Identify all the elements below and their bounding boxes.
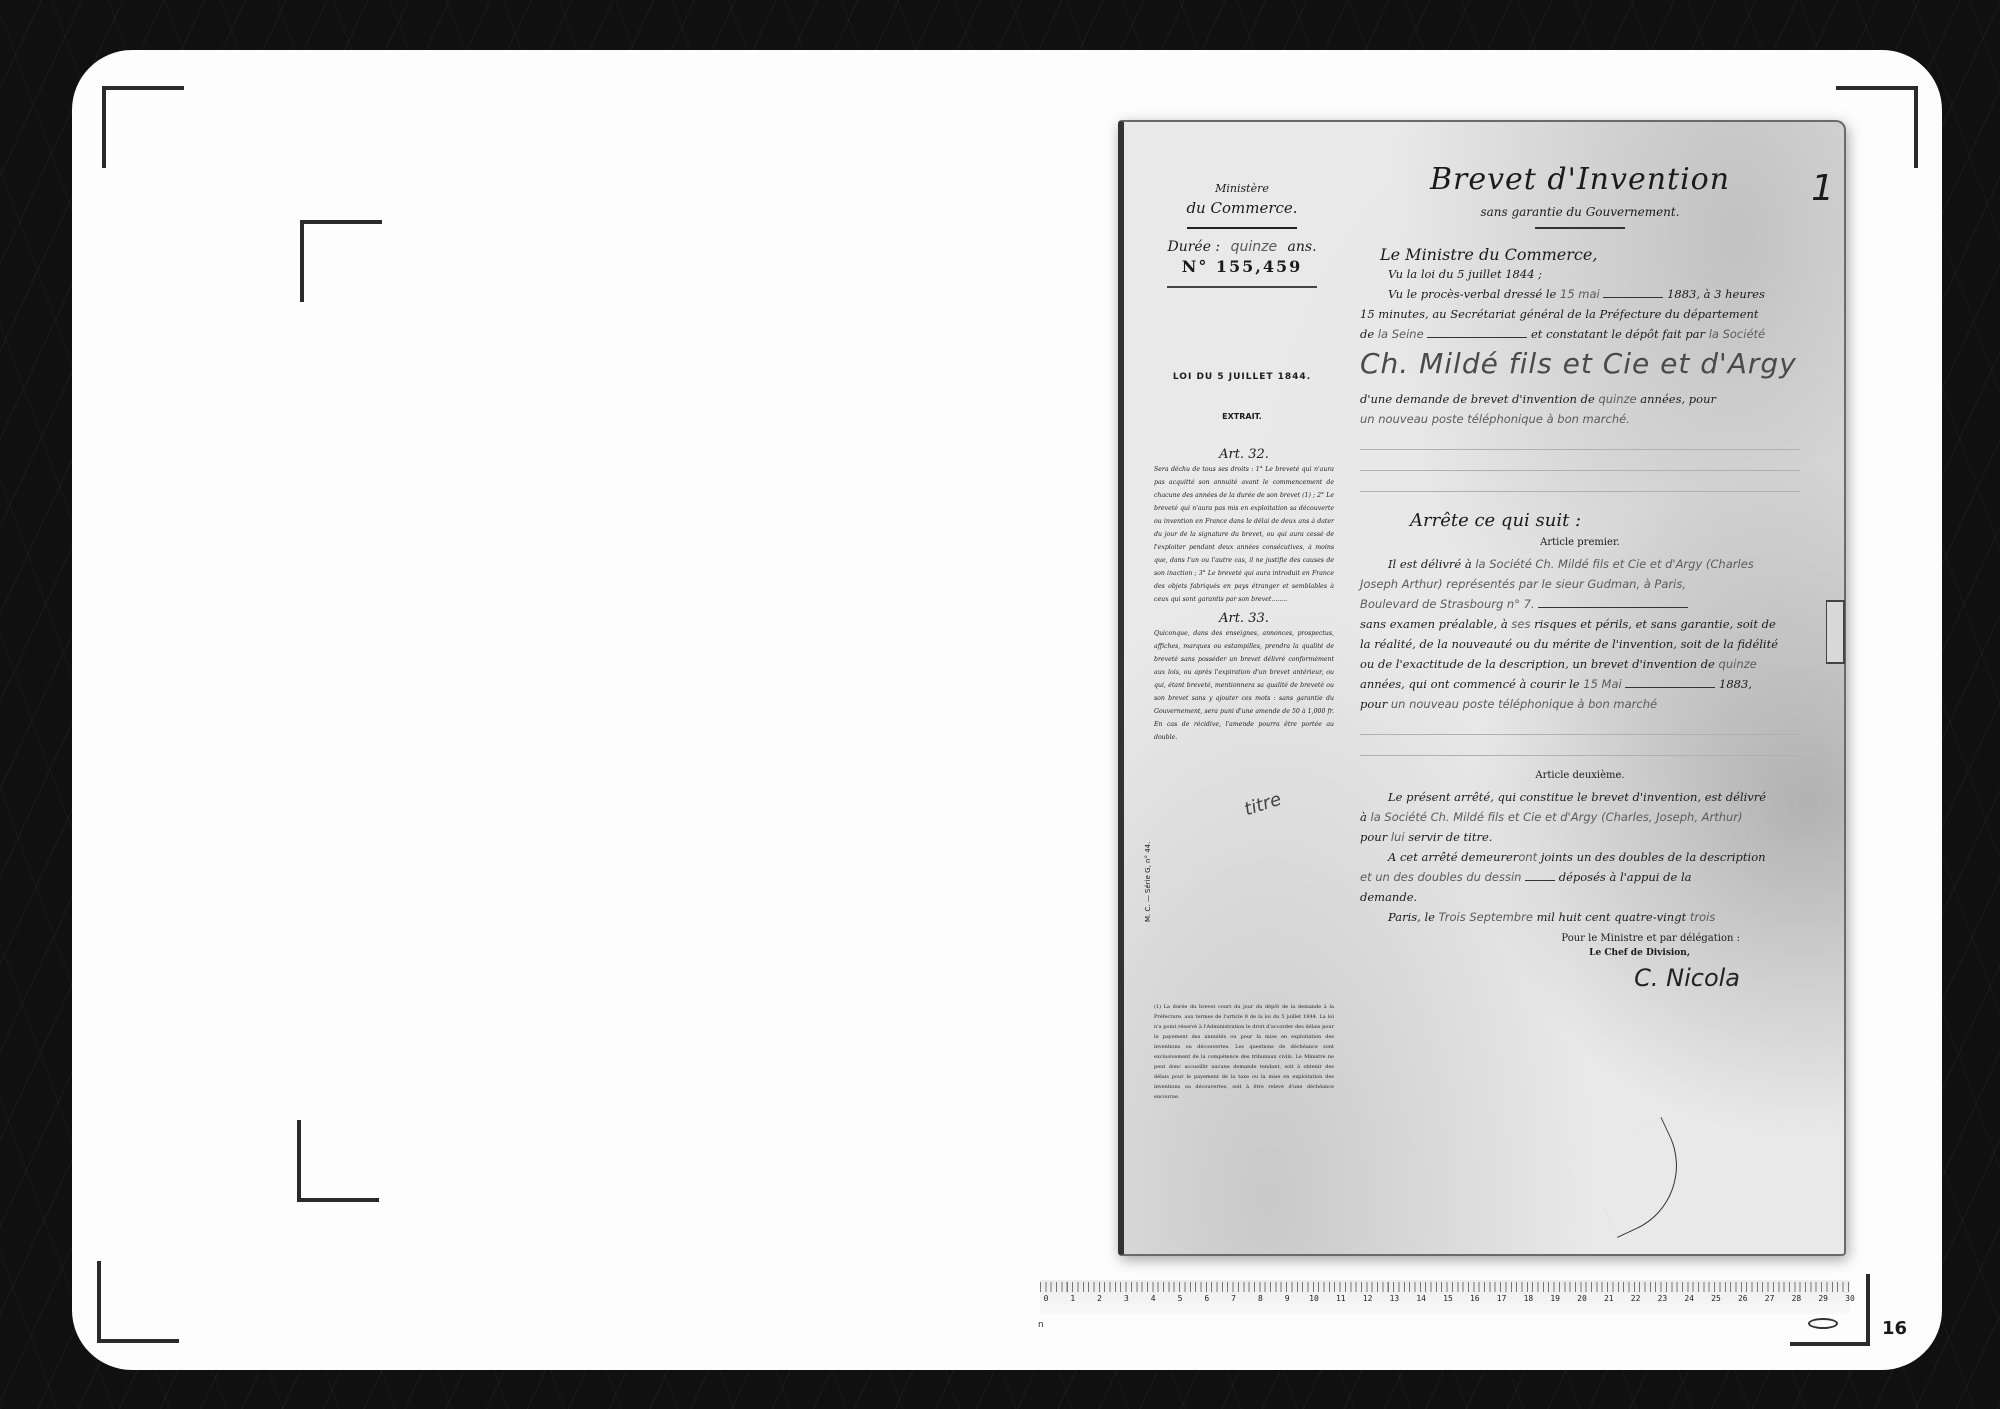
departement-value: la Seine — [1378, 327, 1424, 341]
ministry-label: Ministère — [1142, 182, 1342, 195]
ruler-label: 26 — [1738, 1294, 1748, 1303]
patent-body: Brevet d'Invention 1 sans garantie du Go… — [1360, 162, 1800, 992]
header-rule — [1167, 286, 1317, 288]
document-title: Brevet d'Invention — [1360, 162, 1800, 197]
ruler-label: 6 — [1204, 1294, 1209, 1303]
date-day: Trois Septembre — [1439, 910, 1533, 924]
ruler-label: 15 — [1443, 1294, 1453, 1303]
ruler-label: 11 — [1336, 1294, 1346, 1303]
article-2-line1: Le présent arrêté, qui constitue le brev… — [1360, 787, 1800, 807]
ruled-line — [1360, 714, 1800, 735]
blank-line — [1427, 337, 1527, 338]
a1-risk-value: ses — [1511, 617, 1530, 631]
extract-label: EXTRAIT. — [1142, 412, 1342, 421]
invention-line: un nouveau poste téléphonique à bon marc… — [1360, 409, 1800, 429]
ruler-label: 10 — [1309, 1294, 1319, 1303]
a1-start-year: 1883, — [1719, 677, 1752, 691]
a2-joint-prefix: A cet arrêté demeurer — [1388, 850, 1518, 864]
duration-unit: ans. — [1288, 239, 1317, 255]
a1-representative: Joseph Arthur) représentés par le sieur … — [1360, 577, 1686, 591]
article-1-line1: Il est délivré à la Société Ch. Mildé fi… — [1360, 554, 1800, 574]
demande-suffix: années, pour — [1640, 392, 1716, 406]
a1-invention: un nouveau poste téléphonique à bon marc… — [1391, 697, 1657, 711]
ruler-label: 19 — [1550, 1294, 1560, 1303]
a1-start-date: 15 Mai — [1583, 677, 1621, 691]
pv-date: 15 mai — [1560, 287, 1600, 301]
a2-a: à — [1360, 810, 1367, 824]
pv-line2: 15 minutes, au Secrétariat général de la… — [1360, 304, 1800, 324]
vu-proces-verbal: Vu le procès-verbal dressé le 15 mai 188… — [1360, 284, 1800, 304]
invention-title: un nouveau poste téléphonique à bon marc… — [1360, 412, 1630, 426]
ruler-label: 14 — [1416, 1294, 1426, 1303]
ruler-label: 12 — [1363, 1294, 1373, 1303]
demande-duration: quinze — [1598, 392, 1636, 406]
patent-number-label: N° — [1182, 257, 1209, 276]
a1-risk-suffix: risques et périls, et sans garantie, soi… — [1534, 617, 1776, 631]
ruler-label: 5 — [1178, 1294, 1183, 1303]
article-2-line3: pour lui servir de titre. — [1360, 827, 1800, 847]
ruled-line — [1360, 735, 1800, 756]
crop-mark-top-left-inner — [300, 220, 382, 302]
a2-dessin: et un des doubles du dessin — [1360, 870, 1521, 884]
ruler-label: 8 — [1258, 1294, 1263, 1303]
a2-servir: servir de titre. — [1408, 830, 1492, 844]
blank-line — [1625, 687, 1715, 688]
ruler-label: 24 — [1684, 1294, 1694, 1303]
ruler-label: 9 — [1285, 1294, 1290, 1303]
duration-value: quinze — [1225, 239, 1283, 255]
ruled-line — [1360, 429, 1800, 450]
a1-address: Boulevard de Strasbourg n° 7. — [1360, 597, 1535, 611]
article-1-line3: Boulevard de Strasbourg n° 7. — [1360, 594, 1800, 614]
article-1-line4: sans examen préalable, à ses risques et … — [1360, 614, 1800, 634]
a2-joint-hw: ont — [1518, 850, 1537, 864]
ruler-ticks — [1040, 1282, 1850, 1292]
ruler-label: 29 — [1818, 1294, 1828, 1303]
company-line: Ch. Mildé fils et Cie et d'Argy — [1360, 344, 1800, 389]
departement-prefix: de — [1360, 327, 1374, 341]
crop-mark-bottom-left-outer — [97, 1261, 179, 1343]
duration-label: Durée : — [1167, 239, 1220, 255]
ruler-label: 4 — [1151, 1294, 1156, 1303]
date-prefix: Paris, le — [1388, 910, 1435, 924]
article-2-heading: Article deuxième. — [1360, 770, 1800, 781]
ornament-divider — [1187, 227, 1297, 229]
patent-number-value: 155,459 — [1216, 257, 1302, 276]
depot-by: la Société — [1709, 327, 1765, 341]
article-33-text: Quiconque, dans des enseignes, annonces,… — [1154, 627, 1334, 744]
blank-line — [1603, 297, 1663, 298]
blank-line — [1538, 607, 1688, 608]
ruler-label: 13 — [1390, 1294, 1400, 1303]
measurement-ruler: 0123456789101112131415161718192021222324… — [1040, 1280, 1850, 1314]
article-1-line7: années, qui ont commencé à courir le 15 … — [1360, 674, 1800, 694]
a2-beneficiary: la Société Ch. Mildé fils et Cie et d'Ar… — [1371, 810, 1743, 824]
ruled-line — [1360, 450, 1800, 471]
depot-text: et constatant le dépôt fait par — [1531, 327, 1705, 341]
article-2-line5: et un des doubles du dessin déposés à l'… — [1360, 867, 1800, 887]
signature-block: Pour le Ministre et par délégation : Le … — [1360, 933, 1800, 992]
ruler-label: 16 — [1470, 1294, 1480, 1303]
article-1-line6: ou de l'exactitude de la description, un… — [1360, 654, 1800, 674]
ruler-label: 22 — [1631, 1294, 1641, 1303]
date-line: Paris, le Trois Septembre mil huit cent … — [1360, 907, 1800, 927]
ministry-name: du Commerce. — [1142, 199, 1342, 217]
crop-mark-bottom-left-inner — [297, 1120, 379, 1202]
article-1-line2: Joseph Arthur) représentés par le sieur … — [1360, 574, 1800, 594]
patent-document: Ministère du Commerce. Durée : quinze an… — [1118, 120, 1846, 1256]
minister-heading: Le Ministre du Commerce, — [1380, 245, 1800, 264]
patent-number: N° 155,459 — [1142, 257, 1342, 276]
crop-mark-top-right — [1836, 86, 1918, 168]
a1-prefix: Il est délivré à — [1388, 557, 1472, 571]
ministry-header: Ministère du Commerce. Durée : quinze an… — [1142, 182, 1342, 288]
a1-line6-prefix: ou de l'exactitude de la description, un… — [1360, 657, 1715, 671]
pv-year: 1883, à 3 heures — [1667, 287, 1765, 301]
article-2-line2: à la Société Ch. Mildé fils et Cie et d'… — [1360, 807, 1800, 827]
a1-risk-prefix: sans examen préalable, à — [1360, 617, 1508, 631]
ruler-label: 21 — [1604, 1294, 1614, 1303]
pv-prefix: Vu le procès-verbal dressé le — [1388, 287, 1556, 301]
article-1-line5: la réalité, de la nouveauté ou du mérite… — [1360, 634, 1800, 654]
demande-line: d'une demande de brevet d'invention de q… — [1360, 389, 1800, 409]
paper-tab — [1826, 600, 1845, 664]
a2-joint-suffix: joints un des doubles de la description — [1541, 850, 1766, 864]
ruler-label: 2 — [1097, 1294, 1102, 1303]
company-name: Ch. Mildé fils et Cie et d'Argy — [1360, 347, 1797, 380]
delegation-line: Pour le Ministre et par délégation : — [1360, 933, 1740, 944]
oval-stamp-icon — [1808, 1318, 1838, 1329]
a1-start-prefix: années, qui ont commencé à courir le — [1360, 677, 1580, 691]
departement-line: de la Seine et constatant le dépôt fait … — [1360, 324, 1800, 344]
ruler-label: 0 — [1044, 1294, 1049, 1303]
form-reference: M. C. — Série G, n° 44. — [1144, 842, 1152, 922]
article-32-text: Sera déchu de tous ses droits : 1° Le br… — [1154, 463, 1334, 606]
folio-number: 1 — [1811, 168, 1834, 209]
ruler-label: 20 — [1577, 1294, 1587, 1303]
ruler-side-mark: n — [1038, 1320, 1044, 1330]
ruled-line — [1360, 471, 1800, 492]
chef-division: Le Chef de Division, — [1360, 948, 1690, 958]
crop-mark-top-left-outer — [102, 86, 184, 168]
date-mid: mil huit cent quatre-vingt — [1537, 910, 1687, 924]
demande-prefix: d'une demande de brevet d'invention de — [1360, 392, 1595, 406]
ruler-label: 25 — [1711, 1294, 1721, 1303]
a2-pour: pour — [1360, 830, 1387, 844]
a1-pour: pour — [1360, 697, 1387, 711]
signature: C. Nicola — [1360, 964, 1740, 992]
article-32-heading: Art. 32. — [1154, 448, 1334, 461]
ruler-label: 27 — [1765, 1294, 1775, 1303]
article-33-heading: Art. 33. — [1154, 612, 1334, 625]
a1-beneficiary: la Société Ch. Mildé fils et Cie et d'Ar… — [1475, 557, 1753, 571]
a2-lui: lui — [1391, 830, 1405, 844]
duration-line: Durée : quinze ans. — [1142, 239, 1342, 255]
document-subtitle: sans garantie du Gouvernement. — [1360, 205, 1800, 219]
footnote: (1) La durée du brevet court du jour du … — [1154, 1002, 1334, 1102]
ornament-divider — [1535, 227, 1625, 229]
article-2-line6: demande. — [1360, 887, 1800, 907]
ruler-label: 3 — [1124, 1294, 1129, 1303]
a2-depose: déposés à l'appui de la — [1559, 870, 1692, 884]
ruler-label: 30 — [1845, 1294, 1855, 1303]
article-1-heading: Article premier. — [1360, 537, 1800, 548]
arrete-heading: Arrête ce qui suit : — [1410, 510, 1800, 531]
blank-line — [1525, 880, 1555, 881]
ruler-label: 17 — [1497, 1294, 1507, 1303]
ruler-label: 18 — [1524, 1294, 1534, 1303]
signature-flourish — [1579, 1117, 1700, 1238]
law-title: LOI DU 5 JUILLET 1844. — [1142, 372, 1342, 382]
a1-duration: quinze — [1719, 657, 1757, 671]
ruler-label: 28 — [1792, 1294, 1802, 1303]
page-number: 16 — [1882, 1318, 1907, 1339]
vu-loi: Vu la loi du 5 juillet 1844 ; — [1360, 264, 1800, 284]
ruler-label: 23 — [1658, 1294, 1668, 1303]
ruler-label: 1 — [1070, 1294, 1075, 1303]
pencil-annotation: titre — [1242, 789, 1284, 821]
ruler-labels: 0123456789101112131415161718192021222324… — [1040, 1294, 1850, 1308]
ruler-label: 7 — [1231, 1294, 1236, 1303]
article-1-line8: pour un nouveau poste téléphonique à bon… — [1360, 694, 1800, 714]
date-year: trois — [1690, 910, 1715, 924]
article-2-line4: A cet arrêté demeureront joints un des d… — [1360, 847, 1800, 867]
law-extract-text: Art. 32. Sera déchu de tous ses droits :… — [1154, 442, 1334, 744]
